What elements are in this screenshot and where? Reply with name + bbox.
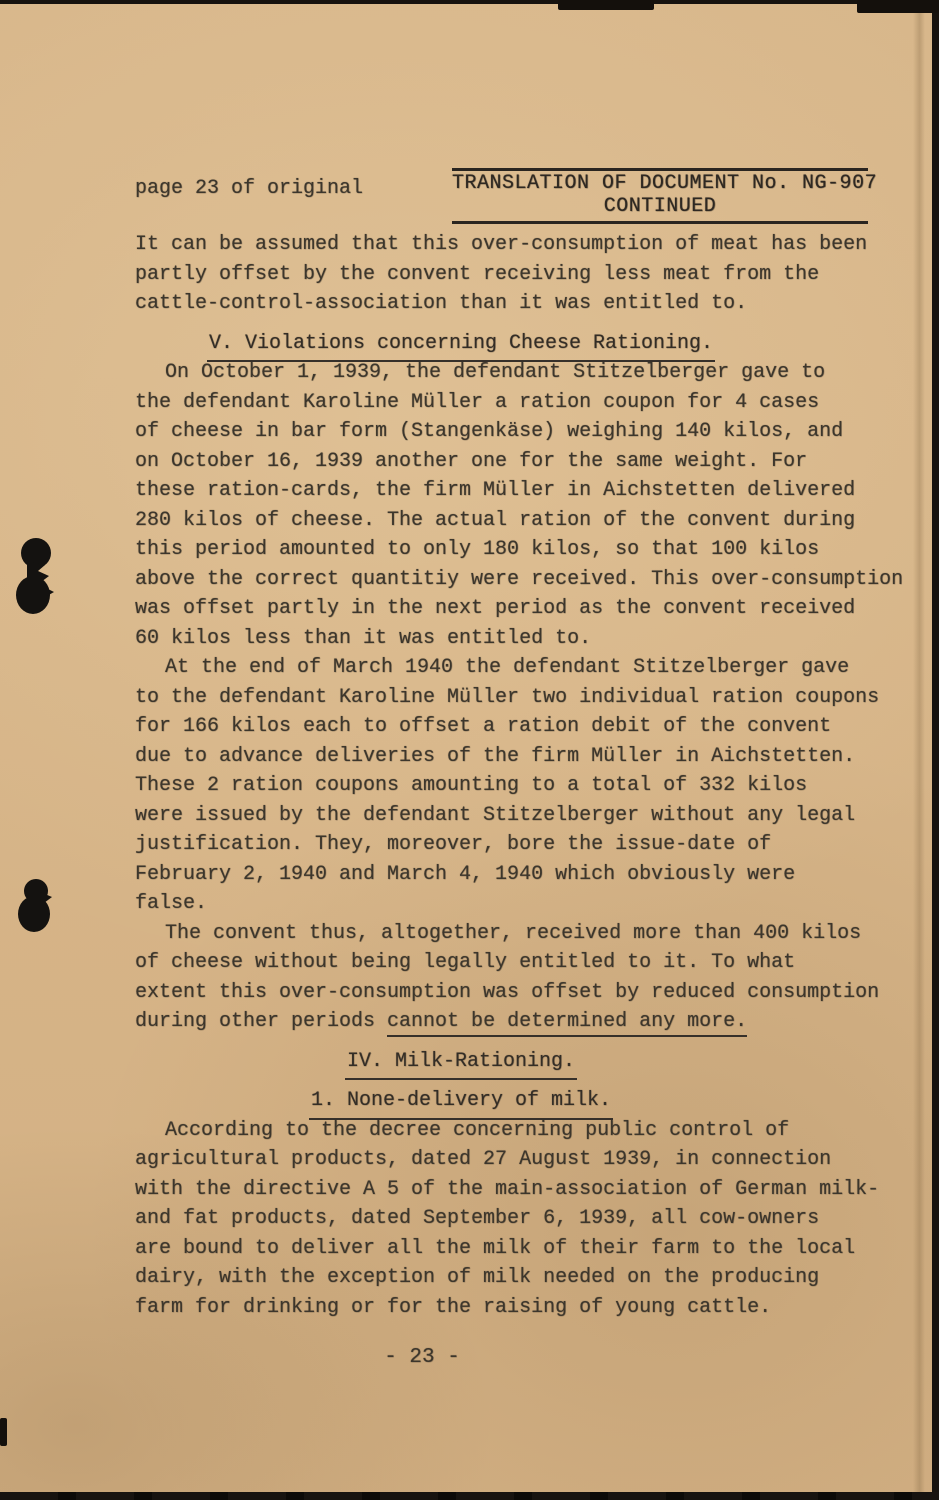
paragraph: The convent thus, altogether, received m…	[135, 919, 915, 1037]
heading-text: 1. None-delivery of milk.	[309, 1086, 613, 1120]
text-line: According to the decree concerning publi…	[135, 1116, 915, 1146]
scan-edge-corner-blot	[857, 0, 939, 13]
text-line: of cheese in bar form (Stangenkäse) weig…	[135, 417, 915, 447]
text-line: 60 kilos less than it was entitled to.	[135, 624, 915, 654]
section-heading: IV. Milk-Rationing.	[135, 1047, 915, 1077]
text-line: false.	[135, 889, 915, 919]
section-heading: 1. None-delivery of milk.	[135, 1086, 915, 1116]
text-line: to the defendant Karoline Müller two ind…	[135, 683, 915, 713]
scanned-document-page: page 23 of original TRANSLATION OF DOCUM…	[0, 0, 939, 1500]
text-line: 280 kilos of cheese. The actual ration o…	[135, 506, 915, 536]
text-line: partly offset by the convent receiving l…	[135, 260, 915, 290]
text-line: were issued by the defendant Stitzelberg…	[135, 801, 915, 831]
text-line: farm for drinking or for the raising of …	[135, 1293, 915, 1323]
text-line: was offset partly in the next period as …	[135, 594, 915, 624]
scan-edge-bottom	[0, 1492, 939, 1500]
scan-edge-blot	[558, 0, 654, 10]
text-line: on October 16, 1939 another one for the …	[135, 447, 915, 477]
text-line: due to advance deliveries of the firm Mü…	[135, 742, 915, 772]
text-line: are bound to deliver all the milk of the…	[135, 1234, 915, 1264]
doc-title: TRANSLATION OF DOCUMENT No. NG-907	[452, 172, 868, 195]
text-line: above the correct quantitiy were receive…	[135, 565, 915, 595]
text-line: the defendant Karoline Müller a ration c…	[135, 388, 915, 418]
text-line: with the directive A 5 of the main-assoc…	[135, 1175, 915, 1205]
text-line: justification. They, moreover, bore the …	[135, 830, 915, 860]
paragraph: It can be assumed that this over-consump…	[135, 230, 915, 319]
text-line: The convent thus, altogether, received m…	[135, 919, 915, 949]
text-line: this period amounted to only 180 kilos, …	[135, 535, 915, 565]
page-reference: page 23 of original	[135, 177, 363, 200]
scan-edge-top	[0, 0, 939, 4]
page-number: - 23 -	[135, 1346, 915, 1369]
text-line: for 166 kilos each to offset a ration de…	[135, 712, 915, 742]
hole-punch-ink-blot-upper	[16, 536, 58, 618]
heading-text: V. Violations concerning Cheese Rationin…	[207, 329, 715, 363]
doc-title-block: TRANSLATION OF DOCUMENT No. NG-907 CONTI…	[452, 168, 868, 224]
text-line: and fat products, dated September 6, 193…	[135, 1204, 915, 1234]
text-line: At the end of March 1940 the defendant S…	[135, 653, 915, 683]
page-header: page 23 of original TRANSLATION OF DOCUM…	[0, 168, 939, 228]
text-line: agricultural products, dated 27 August 1…	[135, 1145, 915, 1175]
text-line: It can be assumed that this over-consump…	[135, 230, 915, 260]
text-line: dairy, with the exception of milk needed…	[135, 1263, 915, 1293]
section-heading: V. Violations concerning Cheese Rationin…	[135, 329, 915, 359]
text-line: cattle-control-association than it was e…	[135, 289, 915, 319]
scan-edge-left-blot	[0, 1418, 7, 1446]
underlined-phrase: cannot be determined any more.	[387, 1010, 747, 1037]
paragraph: At the end of March 1940 the defendant S…	[135, 653, 915, 919]
doc-title-continued: CONTINUED	[452, 195, 868, 218]
text-line: February 2, 1940 and March 4, 1940 which…	[135, 860, 915, 890]
text-line: during other periods cannot be determine…	[135, 1007, 915, 1037]
hole-punch-ink-blot-lower	[18, 878, 60, 936]
document-body: It can be assumed that this over-consump…	[135, 230, 915, 1322]
text-line: of cheese without being legally entitled…	[135, 948, 915, 978]
text-line: These 2 ration coupons amounting to a to…	[135, 771, 915, 801]
text-line: extent this over-consumption was offset …	[135, 978, 915, 1008]
paragraph: According to the decree concerning publi…	[135, 1116, 915, 1323]
text-line: these ration-cards, the firm Müller in A…	[135, 476, 915, 506]
paragraph: On October 1, 1939, the defendant Stitze…	[135, 358, 915, 653]
heading-text: IV. Milk-Rationing.	[345, 1047, 577, 1081]
text-line-part: during other periods	[135, 1010, 387, 1033]
text-line: On October 1, 1939, the defendant Stitze…	[135, 358, 915, 388]
